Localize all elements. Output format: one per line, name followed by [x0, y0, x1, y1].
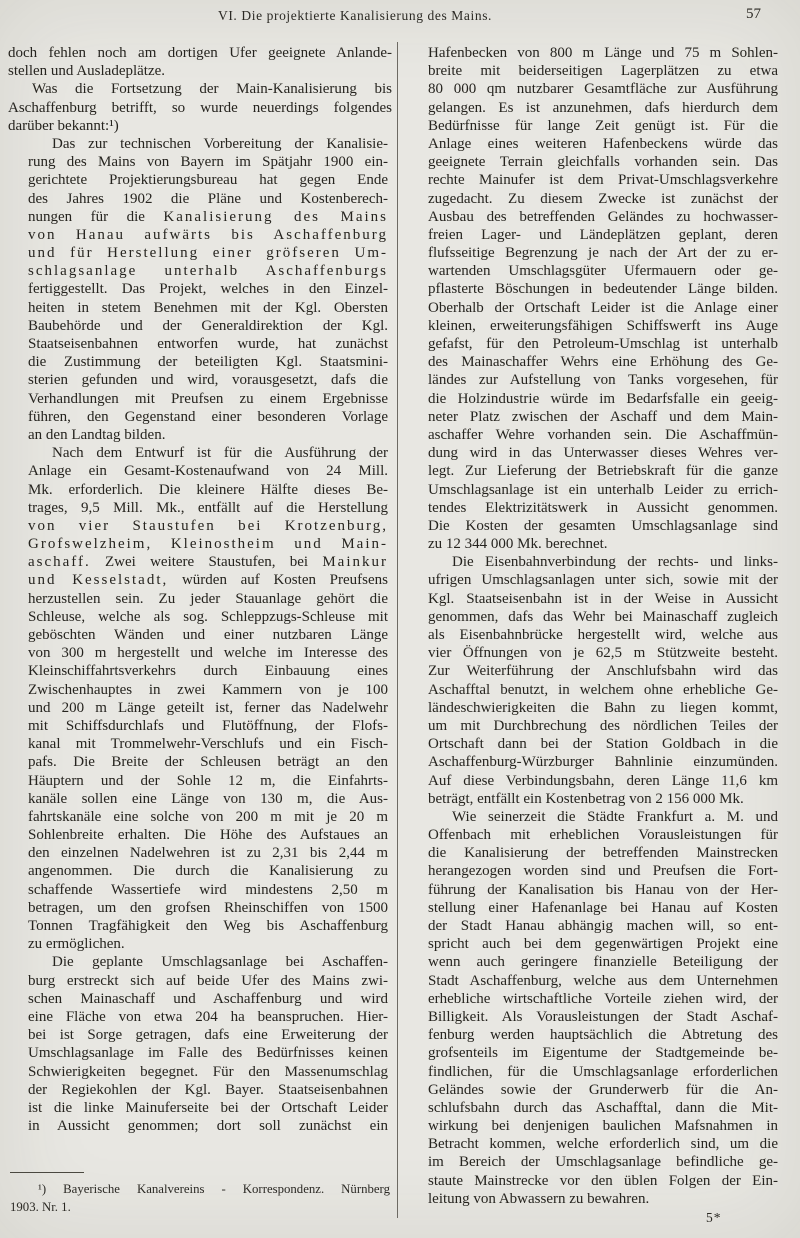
- text-line: breite mit beiderseitigen Lagerplätzen z…: [428, 62, 778, 80]
- text-line: rechte Mainufer ist dem Privat-Umschlags…: [428, 171, 778, 189]
- text-line: nungen für die Kanalisierung des Mains: [28, 208, 388, 226]
- text-line: Kleinschiffahrtsverkehrs durch Einbauung…: [28, 662, 388, 680]
- text-line: Geländes sowie der Grunderwerb für die A…: [428, 1081, 778, 1099]
- text-line: angenommen. Die durch die Kanalisierung …: [28, 862, 388, 880]
- text-line: fertiggestellt. Das Projekt, welches in …: [28, 280, 388, 298]
- text-line: mit Schiffsdurchlafs und Flutöffnung, de…: [28, 717, 388, 735]
- text-line: trages, 9,5 Mill. Mk., entfällt auf die …: [28, 499, 388, 517]
- text-line: eine Fläche von etwa 204 ha beanspruchen…: [28, 1008, 388, 1026]
- text-line: ländeschwierigkeiten die Bahn zu liegen …: [428, 699, 778, 717]
- text-line: um mit Durchbrechung des nördlichen Teil…: [428, 717, 778, 735]
- text-line: wirkung bei denjenigen baulichen Mafsnah…: [428, 1117, 778, 1135]
- text-line: fenburg werden hauptsächlich die Abtretu…: [428, 1026, 778, 1044]
- text-line: Tonnen Tragfähigkeit den Weg bis Aschaff…: [28, 917, 388, 935]
- text-line: führen, den Gegenstand einer besonderen …: [28, 408, 388, 426]
- text-line: Offenbach mit erheblichen Vorausleistung…: [428, 826, 778, 844]
- text-line: Billigkeit. Als Vorausleistungen der Sta…: [428, 1008, 778, 1026]
- text-line: neter Platz zwischen der Aschaff und dem…: [428, 408, 778, 426]
- text-line: wenn auch geringere finanzielle Beteilig…: [428, 953, 778, 971]
- text-line: erhebliche wirtschaftliche Vorteile zieh…: [428, 990, 778, 1008]
- text-line: beträgt, entfällt ein Kostenbetrag von 2…: [428, 790, 778, 808]
- text-line: Zur Weiterführung der Anschlufsbahn wird…: [428, 662, 778, 680]
- text-line: die Holzindustrie würde im Bedarfsfalle …: [428, 390, 778, 408]
- text-line: tendes Elektrizitätswerk in Aussicht gen…: [428, 499, 778, 517]
- text-line: und 200 m Länge geteilt ist, ferner das …: [28, 699, 388, 717]
- text-line: geeignete Terrain gleichfalls vorhanden …: [428, 153, 778, 171]
- text-line: ist die linke Mainuferseite bei der Orts…: [28, 1099, 388, 1117]
- text-line: legt. Zur Lieferung der Betriebskraft fü…: [428, 462, 778, 480]
- text-line: Baubehörde und der Generaldirektion der …: [28, 317, 388, 335]
- text-line: Umschlagsanlage ist ein unterhalb Leider…: [428, 481, 778, 499]
- text-line: Ortschaft dann bei der Station Goldbach …: [428, 735, 778, 753]
- text-line: schaffende Wassertiefe wird mindestens 2…: [28, 881, 388, 899]
- text-line: gerichtete Projektierungsbureau hat gege…: [28, 171, 388, 189]
- text-line: Verhandlungen mit Preufsen zu einem Erge…: [28, 390, 388, 408]
- text-line: von 300 m hergestellt und welche im Inte…: [28, 644, 388, 662]
- text-line: des Jahres 1902 die Pläne und Kostenbere…: [28, 190, 388, 208]
- text-line: im Bereich der Umschlagsanlage befindlic…: [428, 1153, 778, 1171]
- text-line: schen Mainaschaff und Aschaffenburg und …: [28, 990, 388, 1008]
- text-line: genommen, dafs das Wehr bei Mainaschaff …: [428, 608, 778, 626]
- text-line: und Kesselstadt, würden auf Kosten Preuf…: [28, 571, 388, 589]
- text-line: Zwischenhauptes in zwei Kammern von je 1…: [28, 681, 388, 699]
- text-line: grofsenteils im Eigentume der Stadtgemei…: [428, 1044, 778, 1062]
- text-line: kleinen, erweiterungsfähigen Schiffswerf…: [428, 317, 778, 335]
- text-line: Aschaffenburg betrifft, so wurde neuerdi…: [8, 99, 392, 117]
- text-line: zu 12 344 000 Mk. berechnet.: [428, 535, 778, 553]
- text-line: Nach dem Entwurf ist für die Ausführung …: [28, 444, 388, 462]
- text-line: Kgl. Staatseisenbahn ist in der Weise in…: [428, 590, 778, 608]
- text-line: Was die Fortsetzung der Main-Kanalisieru…: [8, 80, 392, 98]
- printer-signature-mark: 5*: [706, 1210, 722, 1226]
- text-line: der Stadt Hanau abhängig machen will, so…: [428, 917, 778, 935]
- text-line: Betracht kommen, welche erforderlich sin…: [428, 1135, 778, 1153]
- text-line: heiten in stetem Benehmen mit der Kgl. O…: [28, 299, 388, 317]
- text-line: sterien gefunden und wird, vorausgesetzt…: [28, 371, 388, 389]
- text-line: zu ermöglichen.: [28, 935, 388, 953]
- text-line: ländes zur Aufstellung von Tanks vorgese…: [428, 371, 778, 389]
- text-line: Das zur technischen Vorbereitung der Kan…: [28, 135, 388, 153]
- text-line: die Zustimmung der beteiligten Kgl. Staa…: [28, 353, 388, 371]
- text-line: bei ist Sorge getragen, dafs eine Erweit…: [28, 1026, 388, 1044]
- text-line: in Aussicht genommen; dort soll zunächst…: [28, 1117, 388, 1135]
- page-number: 57: [746, 6, 761, 23]
- text-line: rung des Mains von Bayern im Spätjahr 19…: [28, 153, 388, 171]
- text-line: an den Landtag bilden.: [28, 426, 388, 444]
- text-line: Schwierigkeiten begegnet. Für den Massen…: [28, 1063, 388, 1081]
- column-divider-rule: [397, 42, 398, 1218]
- text-line: findlichen, für die Umschlagsanlage erfo…: [428, 1063, 778, 1081]
- letterspaced-emphasis: Grofswelzheim, Kleinostheim und Main-: [28, 536, 388, 552]
- text-line: von Hanau aufwärts bis Aschaffenburg: [28, 226, 388, 244]
- text-line: zugedacht. Zu diesem Zwecke ist zunächst…: [428, 190, 778, 208]
- text-line: wartenden Umschlagsgüter Ufermauern oder…: [428, 262, 778, 280]
- text-line: Anlage ein Gesamt-Kostenaufwand von 24 M…: [28, 462, 388, 480]
- text-line: vier Öffnungen von je 62,5 m Stützweite …: [428, 644, 778, 662]
- text-line: pafs. Die Breite der Schleusen beträgt a…: [28, 753, 388, 771]
- text-line: spricht auch bei dem gegenwärtigen Proje…: [428, 935, 778, 953]
- text-line: fahrtskanäle eine solche von 200 m mit j…: [28, 808, 388, 826]
- text-line: Auf diese Verbindungsbahn, deren Länge 1…: [428, 772, 778, 790]
- letterspaced-emphasis: von Hanau aufwärts bis Aschaffenburg: [28, 227, 388, 243]
- text-line: leitung von Abwassern zu bewahren.: [428, 1190, 778, 1208]
- letterspaced-emphasis: aschaff.: [28, 554, 91, 570]
- text-line: doch fehlen noch am dortigen Ufer geeign…: [8, 44, 392, 62]
- letterspaced-emphasis: und für Herstellung einer gröfseren Um-: [28, 245, 388, 261]
- text-line: darüber bekannt:¹): [8, 117, 392, 135]
- text-line: Stadt Aschaffenburg, welche aus dem Unte…: [428, 972, 778, 990]
- text-line: burg erstreckt sich auf beide Ufer des M…: [28, 972, 388, 990]
- text-line: Wie seinerzeit die Städte Frankfurt a. M…: [428, 808, 778, 826]
- text-line: Oberhalb der Ortschaft Leider ist die An…: [428, 299, 778, 317]
- text-line: Staatseisenbahnen entworfen wurde, hat z…: [28, 335, 388, 353]
- text-line: die Kanalisierung der betreffenden Mains…: [428, 844, 778, 862]
- text-line: gelangen. Es ist anzunehmen, dafs hierdu…: [428, 99, 778, 117]
- text-line: Aschafftal benutzt, in welchem ohne erhe…: [428, 681, 778, 699]
- text-line: Die Kosten der gesamten Umschlagsanlage …: [428, 517, 778, 535]
- text-line: herzustellen sein. Zu jeder Stauanlage g…: [28, 590, 388, 608]
- text-line: gefafst, für den Petroleum-Umschlag ist …: [428, 335, 778, 353]
- text-line: kanal mit Trommelwehr-Verschlufs und ein…: [28, 735, 388, 753]
- letterspaced-emphasis: Mainkur: [322, 554, 388, 570]
- text-line: und für Herstellung einer gröfseren Um-: [28, 244, 388, 262]
- text-line: Anlage eines weiteren Hafenbeckens würde…: [428, 135, 778, 153]
- text-line: stellen und Ausladeplätze.: [8, 62, 392, 80]
- text-line: dung wird in das Unterwasser dieses Wehr…: [428, 444, 778, 462]
- text-line: Ausbau des betreffenden Geländes zu hoch…: [428, 208, 778, 226]
- left-text-column: doch fehlen noch am dortigen Ufer geeign…: [8, 44, 392, 1135]
- text-line: schlagsanlage unterhalb Aschaffenburgs: [28, 262, 388, 280]
- letterspaced-emphasis: Kanalisierung des Mains: [163, 209, 388, 225]
- text-line: staute Mainstrecke vor den üblen Folgen …: [428, 1172, 778, 1190]
- text-line: als Eisenbahnbrücke hergestellt wird, we…: [428, 626, 778, 644]
- text-line: herangezogen worden sind und Preufsen di…: [428, 862, 778, 880]
- text-line: Umschlagsanlage im Falle des Bedürfnisse…: [28, 1044, 388, 1062]
- text-line: Schleuse, welche als sog. Schleppzugs-Sc…: [28, 608, 388, 626]
- text-line: Die geplante Umschlagsanlage bei Aschaff…: [28, 953, 388, 971]
- letterspaced-emphasis: von vier Staustufen bei Krotzenburg,: [28, 518, 388, 534]
- text-line: des Mainaschaffer Wehrs eine Erhöhung de…: [428, 353, 778, 371]
- text-line: pflasterte Böschungen in bedeutender Län…: [428, 280, 778, 298]
- text-line: schlufsbahn durch das Aschafftal, dann d…: [428, 1099, 778, 1117]
- footnote-line: ¹) Bayerische Kanalvereins - Korresponde…: [10, 1180, 390, 1198]
- text-line: kanäle sollen eine Länge von 130 m, die …: [28, 790, 388, 808]
- letterspaced-emphasis: schlagsanlage unterhalb Aschaffenburgs: [28, 263, 388, 279]
- text-line: geböschten Wänden und einer nutzbaren Lä…: [28, 626, 388, 644]
- text-line: Grofswelzheim, Kleinostheim und Main-: [28, 535, 388, 553]
- text-line: Sohlenbreite erhalten. Die Höhe des Aufs…: [28, 826, 388, 844]
- right-text-column: Hafenbecken von 800 m Länge und 75 m Soh…: [408, 44, 782, 1208]
- text-line: Aschaffenburg-Würzburger Bahnlinie einzu…: [428, 753, 778, 771]
- letterspaced-emphasis: und Kesselstadt,: [28, 572, 168, 588]
- text-line: Bedürfnisse für lange Zeit genügt ist. F…: [428, 117, 778, 135]
- text-line: aschaff. Zwei weitere Staustufen, bei Ma…: [28, 553, 388, 571]
- text-line: Die Eisenbahnverbindung der rechts- und …: [428, 553, 778, 571]
- text-line: 80 000 qm nutzbarer Gesamtfläche zur Aus…: [428, 80, 778, 98]
- text-line: ufrigen Umschlagsanlagen unter sich, sow…: [428, 571, 778, 589]
- text-line: flufsseitige Begrenzung je nach der Art …: [428, 244, 778, 262]
- text-line: aschaffer Wehre vorhanden sein. Die Asch…: [428, 426, 778, 444]
- text-line: betragen, um den grofsen Rheinschiffen v…: [28, 899, 388, 917]
- text-line: Häuptern und der Sohle 12 m, die Einfahr…: [28, 772, 388, 790]
- text-line: von vier Staustufen bei Krotzenburg,: [28, 517, 388, 535]
- text-line: den einzelnen Nadelwehren ist zu 2,31 bi…: [28, 844, 388, 862]
- text-line: führung der Kanalisation bis Hanau von d…: [428, 881, 778, 899]
- text-line: stellung einer Hafenanlage bei Hanau auf…: [428, 899, 778, 917]
- footnote: ¹) Bayerische Kanalvereins - Korresponde…: [10, 1180, 390, 1216]
- text-line: Hafenbecken von 800 m Länge und 75 m Soh…: [428, 44, 778, 62]
- text-line: der Regiekohlen der Kgl. Bayer. Staatsei…: [28, 1081, 388, 1099]
- footnote-separator-rule: [10, 1172, 84, 1173]
- text-line: Mk. erforderlich. Die kleinere Hälfte di…: [28, 481, 388, 499]
- footnote-line: 1903. Nr. 1.: [10, 1198, 390, 1216]
- running-header-title: VI. Die projektierte Kanalisierung des M…: [218, 8, 492, 24]
- text-line: freien Lager- und Ländeplätzen geplant, …: [428, 226, 778, 244]
